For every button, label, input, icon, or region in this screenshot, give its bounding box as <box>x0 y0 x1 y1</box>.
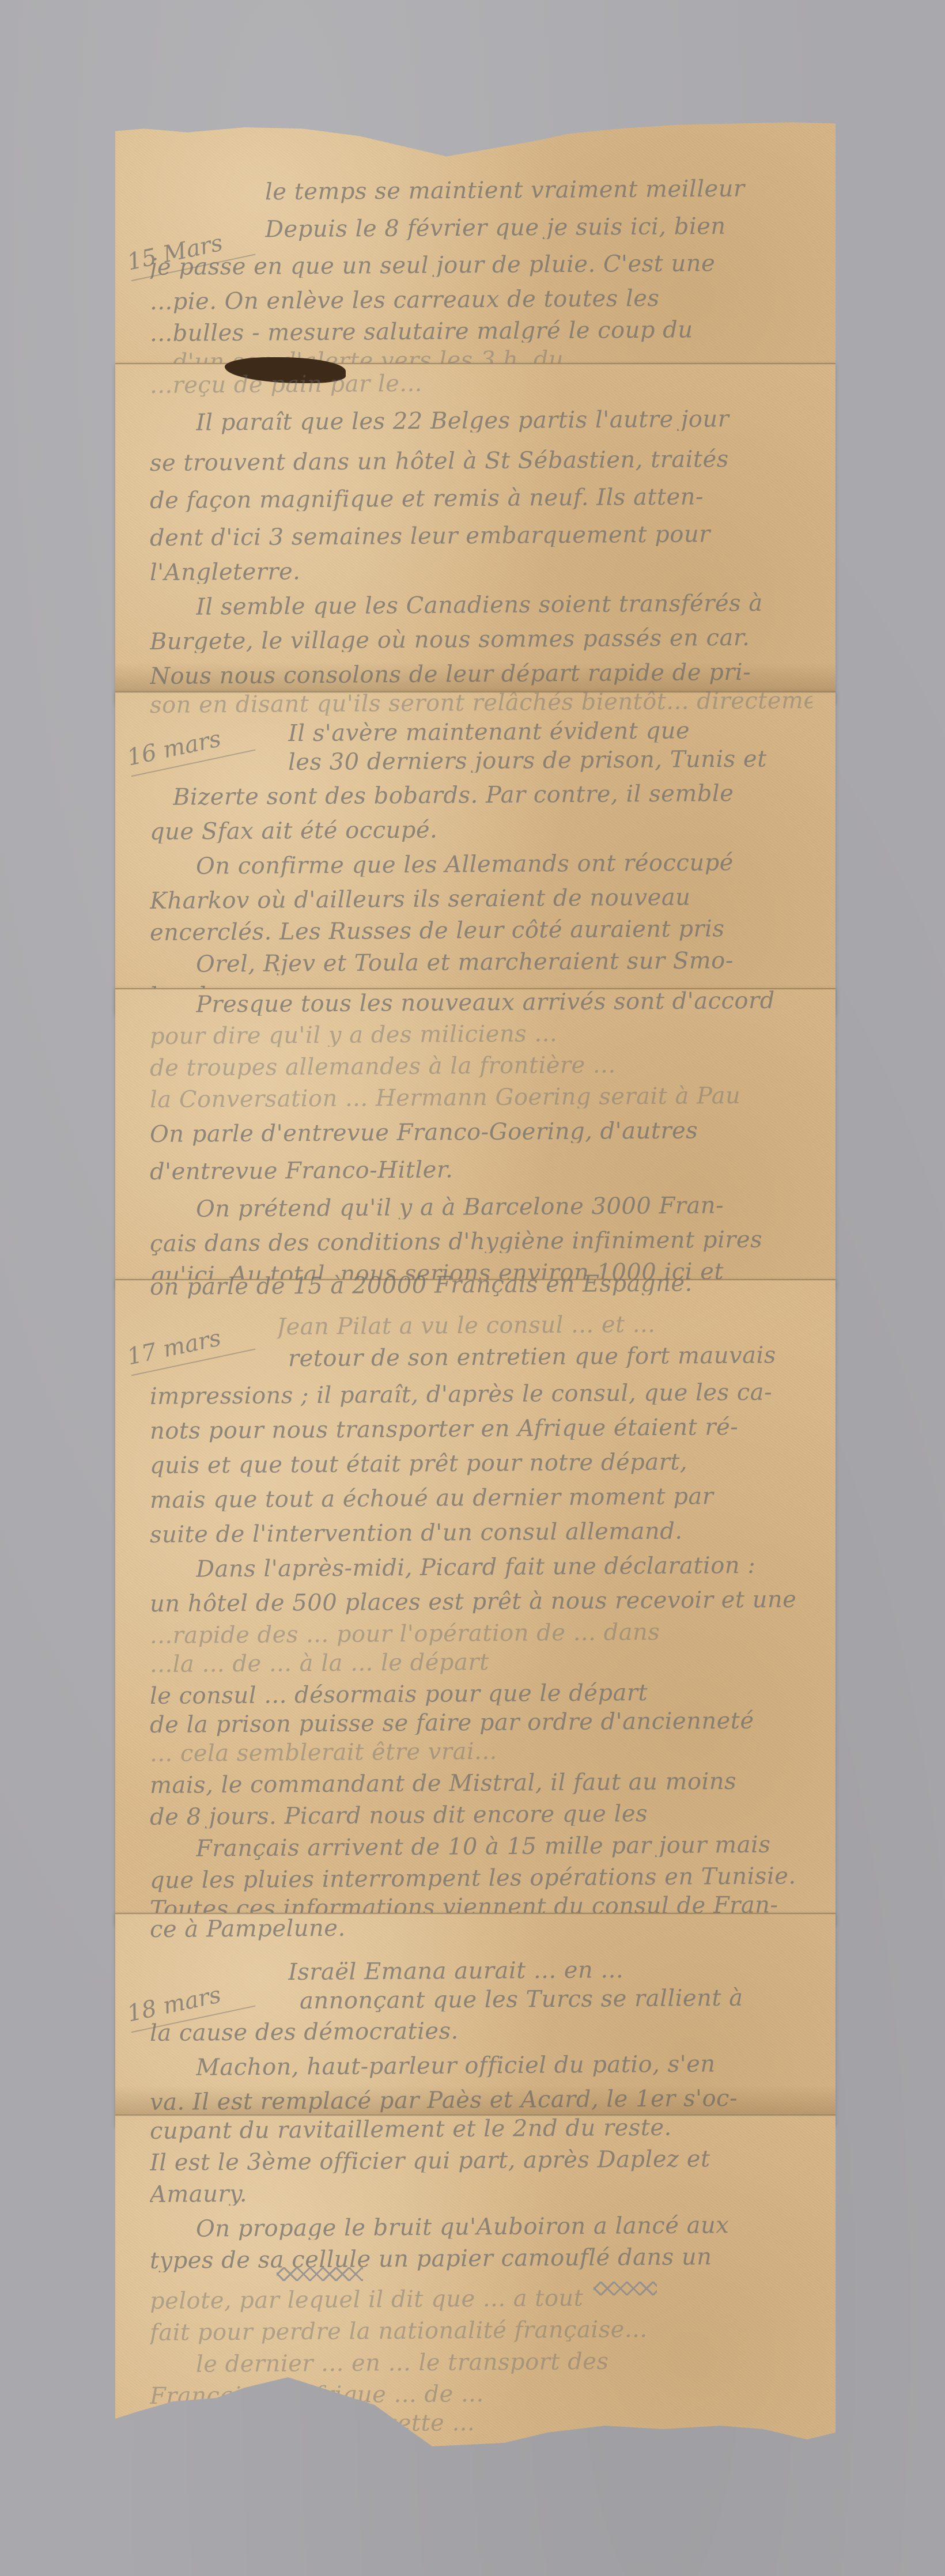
text-line: de la prison puisse se faire par ordre d… <box>150 1709 812 1737</box>
text-line: Israël Emana aurait ... en ... <box>288 1957 812 1984</box>
text-line: ...reçu de pain par le... <box>150 369 812 397</box>
manuscript-strip: 15 Mars le temps se maintient vraiment m… <box>115 121 836 2454</box>
page-panel-6: ce à Pampelune. 18 mars Israël Emana aur… <box>115 1913 836 2126</box>
text-line: son en disant qu'ils seront relâchés bie… <box>150 689 812 717</box>
text-line: ... cela semblerait être vrai... <box>150 1738 812 1765</box>
text-line: en raison des ... de cette ... <box>150 2409 812 2437</box>
text-line: Dans l'après-midi, Picard fait une décla… <box>196 1553 812 1580</box>
torn-edge-mark <box>277 2267 363 2281</box>
text-line: je passe en que un seul jour de pluie. C… <box>150 251 812 279</box>
page-panel-7: cupant du ravitaillement et le 2nd du re… <box>115 2114 836 2460</box>
text-line: Il paraît que les 22 Belges partis l'aut… <box>196 407 812 434</box>
text-line: Français en Afrique ... de ... <box>150 2380 812 2408</box>
text-line: de troupes allemandes à la frontière ... <box>150 1052 812 1080</box>
text-line: mais que tout a échoué au dernier moment… <box>150 1484 812 1512</box>
text-line: la Conversation ... Hermann Goering sera… <box>150 1084 812 1111</box>
text-line: mais, le commandant de Mistral, il faut … <box>150 1769 812 1797</box>
text-line: suite de l'intervention d'un consul alle… <box>150 1519 812 1546</box>
text-line: Il est le 3ème officier qui part, après … <box>150 2147 812 2174</box>
text-line: cupant du ravitaillement et le 2nd du re… <box>150 2115 812 2143</box>
text-line: Amaury. <box>150 2178 812 2206</box>
text-line: d'entrevue Franco-Hitler. <box>150 1156 812 1183</box>
text-line: nots pour nous transporter en Afrique ét… <box>150 1415 812 1443</box>
text-line: types de sa cellule un papier camouflé d… <box>150 2245 812 2272</box>
text-line: on parle de 15 à 20000 Français en Espag… <box>150 1271 812 1299</box>
text-line: quis et que tout était prêt pour notre d… <box>150 1450 812 1477</box>
text-line: ...bulles - mesure salutaire malgré le c… <box>150 317 812 345</box>
text-line: Depuis le 8 février que je suis ici, bie… <box>265 214 812 241</box>
text-line: çais dans des conditions d'hygiène infin… <box>150 1228 812 1255</box>
text-line: Bizerte sont des bobards. Par contre, il… <box>173 781 812 809</box>
text-line: On prétend qu'il y a à Barcelone 3000 Fr… <box>196 1193 812 1220</box>
text-line: le consul ... désormais pour que le dépa… <box>150 1680 812 1708</box>
text-line: pelote, par lequel il dit que ... a tout <box>150 2285 812 2313</box>
text-line: Kharkov où d'ailleurs ils seraient de no… <box>150 885 812 913</box>
page-panel-1: 15 Mars le temps se maintient vraiment m… <box>115 121 836 375</box>
text-line: dent d'ici 3 semaines leur embarquement … <box>150 522 812 550</box>
entry-date: 17 mars <box>125 1318 256 1376</box>
text-line: que Sfax ait été occupé. <box>150 816 812 843</box>
entry-date: 16 mars <box>125 719 256 777</box>
page-panel-4: Presque tous les nouveaux arrivés sont d… <box>115 988 836 1288</box>
text-line: impressions ; il paraît, d'après le cons… <box>150 1380 812 1408</box>
text-line: va. Il est remplacé par Paès et Acard, l… <box>150 2086 812 2114</box>
page-panel-2: ...reçu de pain par le... Il paraît que … <box>115 363 836 703</box>
text-line: de façon magnifique et remis à neuf. Ils… <box>150 485 812 512</box>
text-line: Nous nous consolons de leur départ rapid… <box>150 660 812 688</box>
text-line: ce à Pampelune. <box>150 1913 812 1941</box>
text-line: encerclés. Les Russes de leur côté aurai… <box>150 917 812 944</box>
text-line: Presque tous les nouveaux arrivés sont d… <box>196 989 812 1016</box>
text-line: pour dire qu'il y a des miliciens ... <box>150 1020 812 1048</box>
text-line: Orel, Rjev et Toula et marcheraient sur … <box>196 948 812 975</box>
text-line: un hôtel de 500 places est prêt à nous r… <box>150 1588 812 1616</box>
page-panel-3: son en disant qu'ils seront relâchés bie… <box>115 691 836 1014</box>
text-line: ...rapide des ... pour l'opération de ..… <box>150 1620 812 1647</box>
text-line: se trouvent dans un hôtel à St Sébastien… <box>150 447 812 475</box>
text-line: Machon, haut-parleur officiel du patio, … <box>196 2052 812 2079</box>
text-line: On propage le bruit qu'Auboiron a lancé … <box>196 2213 812 2240</box>
text-line: Français arrivent de 10 à 15 mille par j… <box>196 1833 812 1860</box>
text-line: la cause des démocraties. <box>150 2017 812 2045</box>
page-panel-5: on parle de 15 à 20000 Français en Espag… <box>115 1279 836 1924</box>
text-line: Il s'avère maintenant évident que <box>288 718 812 745</box>
text-line: ...pie. On enlève les carreaux de toutes… <box>150 286 812 313</box>
text-line: Il semble que les Canadiens soient trans… <box>196 591 812 618</box>
text-line: de 8 jours. Picard nous dit encore que l… <box>150 1801 812 1829</box>
text-line: retour de son entretien que fort mauvais <box>288 1344 812 1370</box>
text-line: annonçant que les Turcs se rallient à <box>300 1986 812 2013</box>
text-line: le temps se maintient vraiment meilleur <box>265 177 812 204</box>
text-line: l'Angleterre. <box>150 557 812 584</box>
text-line: On confirme que les Allemands ont réoccu… <box>196 850 812 877</box>
text-line: Burgete, le village où nous sommes passé… <box>150 626 812 653</box>
text-line: les 30 derniers jours de prison, Tunis e… <box>288 747 812 774</box>
text-line: On parle d'entrevue Franco-Goering, d'au… <box>150 1118 812 1146</box>
text-line: le dernier ... en ... le transport des <box>196 2348 812 2375</box>
text-line: fait pour perdre la nationalité français… <box>150 2317 812 2344</box>
text-line: Jean Pilat a vu le consul ... et ... <box>277 1312 812 1338</box>
text-line: ...la ... de ... à la ... le départ <box>150 1648 812 1676</box>
text-line: que les pluies interrompent les opératio… <box>150 1864 812 1892</box>
